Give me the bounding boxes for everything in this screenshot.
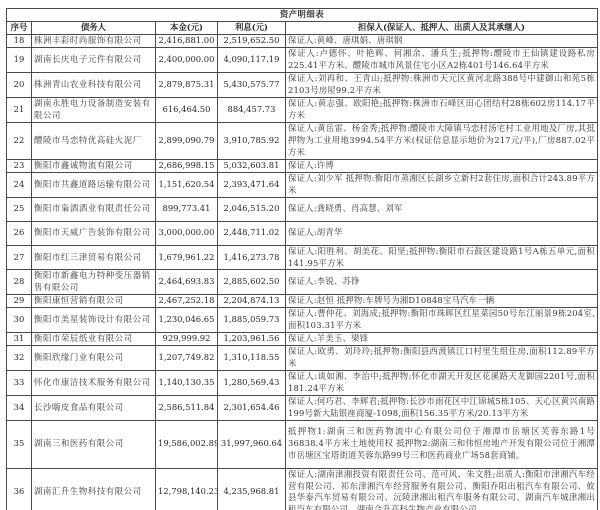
row-guarantor: 保证人:湖南津湘投资有限责任公司、范可风、朱文胜;出质人:衡阳市津湘汽车经营有限… xyxy=(286,468,598,510)
row-guarantor: 保证人:欧勇、刘玲玲;抵押物:衡阳县西渡镇江口村里生组住房,面积112.89平方… xyxy=(286,345,598,370)
row-debtor: 株洲丰彩时尚服饰有限公司 xyxy=(32,35,156,48)
row-seq: 19 xyxy=(7,47,32,72)
row-guarantor: 保证人:黄峰、唐琪娟、唐琪钢 xyxy=(286,35,598,48)
row-principal: 19,586,002.89 xyxy=(156,420,218,468)
row-debtor: 衡阳欣缘门业有限公司 xyxy=(32,345,156,370)
row-guarantor: 保证人:李锐、苏铮 xyxy=(286,270,598,295)
table-row: 33 怀化市康洁技术服务有限公司 1,140,130.35 1,280,569.… xyxy=(7,370,598,395)
row-debtor: 长沙嗨皮食品有限公司 xyxy=(32,395,156,420)
row-seq: 23 xyxy=(7,159,32,172)
row-debtor: 株洲青山农业科技有限公司 xyxy=(32,72,156,97)
row-principal: 2,586,511.84 xyxy=(156,395,218,420)
row-principal: 929,999.92 xyxy=(156,332,218,345)
row-interest: 2,393,471.64 xyxy=(218,172,286,197)
row-seq: 31 xyxy=(7,332,32,345)
row-seq: 30 xyxy=(7,308,32,333)
row-guarantor: 保证人:刘再和、王青山;抵押物:株洲市天元区黄河北路388号中建御山和苑5栋21… xyxy=(286,72,598,97)
row-debtor: 衡阳市红三津贸易有限公司 xyxy=(32,245,156,270)
col-header-guarantor: 担保人(保证人、抵押人、出质人及其承继人) xyxy=(286,22,598,35)
row-interest: 2,046,515.20 xyxy=(218,197,286,221)
row-debtor: 衡阳市荣辰纸业有限公司 xyxy=(32,332,156,345)
table-title-row: 资产明细表 xyxy=(7,9,598,22)
row-principal: 1,679,961.22 xyxy=(156,245,218,270)
asset-detail-table: 资产明细表 序号 债务人 本金(元) 利息(元) 担保人(保证人、抵押人、出质人… xyxy=(6,8,598,510)
row-guarantor: 保证人:龚晓勇、肖高慧、刘军 xyxy=(286,197,598,221)
row-interest: 5,430,575.77 xyxy=(218,72,286,97)
col-header-interest: 利息(元) xyxy=(218,22,286,35)
row-principal: 2,686,998.15 xyxy=(156,159,218,172)
row-principal: 1,151,620.54 xyxy=(156,172,218,197)
table-row: 31 衡阳市荣辰纸业有限公司 929,999.92 1,203,961.56 保… xyxy=(7,332,598,345)
table-row: 18 株洲丰彩时尚服饰有限公司 2,416,881.00 2,519,652.5… xyxy=(7,35,598,48)
row-principal: 616,464.50 xyxy=(156,97,218,122)
table-row: 29 衡阳康恒营销有限公司 2,467,252.18 2,204,874.13 … xyxy=(7,295,598,308)
row-debtor: 衡阳市美星装饰设计有限公司 xyxy=(32,308,156,333)
row-seq: 35 xyxy=(7,420,32,468)
row-interest: 2,204,874.13 xyxy=(218,295,286,308)
table-row: 21 湖南永胜电力设备制造安装有限公司 616,464.50 884,457.7… xyxy=(7,97,598,122)
row-guarantor: 保证人:羊美玉、梁锋 xyxy=(286,332,598,345)
row-debtor: 衡阳市天威广告装饰有限公司 xyxy=(32,221,156,245)
row-interest: 2,448,711.02 xyxy=(218,221,286,245)
col-header-principal: 本金(元) xyxy=(156,22,218,35)
row-principal: 899,773.41 xyxy=(156,197,218,221)
row-interest: 1,203,961.56 xyxy=(218,332,286,345)
table-row: 19 湖南长庆电子元件有限公司 2,400,000.00 4,090,117.1… xyxy=(7,47,598,72)
row-principal: 1,207,749.82 xyxy=(156,345,218,370)
row-seq: 24 xyxy=(7,172,32,197)
row-principal: 2,464,693.83 xyxy=(156,270,218,295)
row-interest: 31,997,960.64 xyxy=(218,420,286,468)
table-row: 24 衡阳市共鑫道路运输有限公司 1,151,620.54 2,393,471.… xyxy=(7,172,598,197)
row-interest: 1,416,273.78 xyxy=(218,245,286,270)
row-guarantor: 保证人:何巧君、李辉君;抵押物:长沙市雨花区中江锦城5栋105、天心区黄兴南路1… xyxy=(286,395,598,420)
row-interest: 4,235,968.81 xyxy=(218,468,286,510)
row-guarantor: 保证人:许博 xyxy=(286,159,598,172)
row-seq: 34 xyxy=(7,395,32,420)
row-seq: 22 xyxy=(7,122,32,159)
row-guarantor: 保证人:黄志强、欧阳艳;抵押物:株洲市石峰区田心团结村28栋602房114.17… xyxy=(286,97,598,122)
table-row: 20 株洲青山农业科技有限公司 2,879,875.31 5,430,575.7… xyxy=(7,72,598,97)
row-principal: 2,467,252.18 xyxy=(156,295,218,308)
row-interest: 884,457.73 xyxy=(218,97,286,122)
col-header-seq: 序号 xyxy=(7,22,32,35)
row-guarantor: 保证人:黄岳雷、杨金秀;抵押物:醴陵市大障镇马恋村汤宅村工业用地及厂房,其抵押物… xyxy=(286,122,598,159)
row-interest: 1,310,118.55 xyxy=(218,345,286,370)
row-interest: 2,301,654.46 xyxy=(218,395,286,420)
row-interest: 2,885,602.50 xyxy=(218,270,286,295)
row-principal: 2,899,090.79 xyxy=(156,122,218,159)
row-seq: 26 xyxy=(7,221,32,245)
table-row: 27 衡阳市红三津贸易有限公司 1,679,961.22 1,416,273.7… xyxy=(7,245,598,270)
row-guarantor: 抵押物1:湖南三和医药物流中心有限公司位于湘潭市岳塘区芙蓉东路1号36838.4… xyxy=(286,420,598,468)
table-title: 资产明细表 xyxy=(7,9,598,22)
row-principal: 2,400,000.00 xyxy=(156,47,218,72)
table-row: 35 湖南三和医药有限公司 19,586,002.89 31,997,960.6… xyxy=(7,420,598,468)
row-principal: 2,879,875.31 xyxy=(156,72,218,97)
row-guarantor: 保证人:卢德怀、叶艳辉、何湘余、潘兵生;抵押物:醴陵市王仙镇建设路私房225.4… xyxy=(286,47,598,72)
row-seq: 29 xyxy=(7,295,32,308)
row-interest: 3,910,785.92 xyxy=(218,122,286,159)
row-debtor: 衡阳市枭酒酒业有限责任公司 xyxy=(32,197,156,221)
row-seq: 25 xyxy=(7,197,32,221)
row-guarantor: 保证人:赵恒 抵押物:车牌号为湘D10848宝马汽车一辆 xyxy=(286,295,598,308)
row-debtor: 醴陵市马恋特优高硅火泥厂 xyxy=(32,122,156,159)
row-debtor: 湖南长庆电子元件有限公司 xyxy=(32,47,156,72)
table-row: 28 衡阳市新鑫电力特种变压器销售有限公司 2,464,693.83 2,885… xyxy=(7,270,598,295)
row-seq: 18 xyxy=(7,35,32,48)
row-interest: 2,519,652.50 xyxy=(218,35,286,48)
row-seq: 27 xyxy=(7,245,32,270)
row-interest: 1,280,569.43 xyxy=(218,370,286,395)
row-guarantor: 保证人:谈如湘、李治中;抵押物:怀化市湖天开发区花溪路天龙御园2201号,面积1… xyxy=(286,370,598,395)
row-guarantor: 保证人:胡青华 xyxy=(286,221,598,245)
row-seq: 28 xyxy=(7,270,32,295)
table-row: 26 衡阳市天威广告装饰有限公司 3,000,000.00 2,448,711.… xyxy=(7,221,598,245)
row-debtor: 衡阳市鑫诚物流有限公司 xyxy=(32,159,156,172)
row-seq: 21 xyxy=(7,97,32,122)
row-guarantor: 保证人:阳胜利、胡美花、阳坚;抵押物:衡阳市石鼓区建设路1号A栋五单元,面积14… xyxy=(286,245,598,270)
table-row: 34 长沙嗨皮食品有限公司 2,586,511.84 2,301,654.46 … xyxy=(7,395,598,420)
row-principal: 1,230,046.65 xyxy=(156,308,218,333)
row-debtor: 怀化市康洁技术服务有限公司 xyxy=(32,370,156,395)
row-seq: 32 xyxy=(7,345,32,370)
row-seq: 33 xyxy=(7,370,32,395)
row-principal: 2,416,881.00 xyxy=(156,35,218,48)
row-interest: 5,032,603.81 xyxy=(218,159,286,172)
row-debtor: 湖南永胜电力设备制造安装有限公司 xyxy=(32,97,156,122)
table-row: 36 湖南汇升生物科技有限公司 12,798,140.23 4,235,968.… xyxy=(7,468,598,510)
row-guarantor: 保证人:刘少军 抵押物:衡阳市蒸湘区长湖乡立新村2套住房,面积合计243.89平… xyxy=(286,172,598,197)
row-principal: 12,798,140.23 xyxy=(156,468,218,510)
table-body: 18 株洲丰彩时尚服饰有限公司 2,416,881.00 2,519,652.5… xyxy=(7,35,598,510)
table-row: 22 醴陵市马恋特优高硅火泥厂 2,899,090.79 3,910,785.9… xyxy=(7,122,598,159)
table-row: 23 衡阳市鑫诚物流有限公司 2,686,998.15 5,032,603.81… xyxy=(7,159,598,172)
col-header-debtor: 债务人 xyxy=(32,22,156,35)
row-principal: 1,140,130.35 xyxy=(156,370,218,395)
row-guarantor: 保证人:曹仲花、刘海成;抵押物:衡阳市珠晖区红星菜园50号东江丽景9栋204室,… xyxy=(286,308,598,333)
row-debtor: 湖南三和医药有限公司 xyxy=(32,420,156,468)
row-principal: 3,000,000.00 xyxy=(156,221,218,245)
row-seq: 20 xyxy=(7,72,32,97)
table-row: 32 衡阳欣缘门业有限公司 1,207,749.82 1,310,118.55 … xyxy=(7,345,598,370)
row-debtor: 衡阳市新鑫电力特种变压器销售有限公司 xyxy=(32,270,156,295)
row-interest: 4,090,117.19 xyxy=(218,47,286,72)
row-debtor: 衡阳市共鑫道路运输有限公司 xyxy=(32,172,156,197)
row-debtor: 湖南汇升生物科技有限公司 xyxy=(32,468,156,510)
table-row: 30 衡阳市美星装饰设计有限公司 1,230,046.65 1,885,059.… xyxy=(7,308,598,333)
row-debtor: 衡阳康恒营销有限公司 xyxy=(32,295,156,308)
row-seq: 36 xyxy=(7,468,32,510)
table-row: 25 衡阳市枭酒酒业有限责任公司 899,773.41 2,046,515.20… xyxy=(7,197,598,221)
column-header-row: 序号 债务人 本金(元) 利息(元) 担保人(保证人、抵押人、出质人及其承继人) xyxy=(7,22,598,35)
row-interest: 1,885,059.73 xyxy=(218,308,286,333)
